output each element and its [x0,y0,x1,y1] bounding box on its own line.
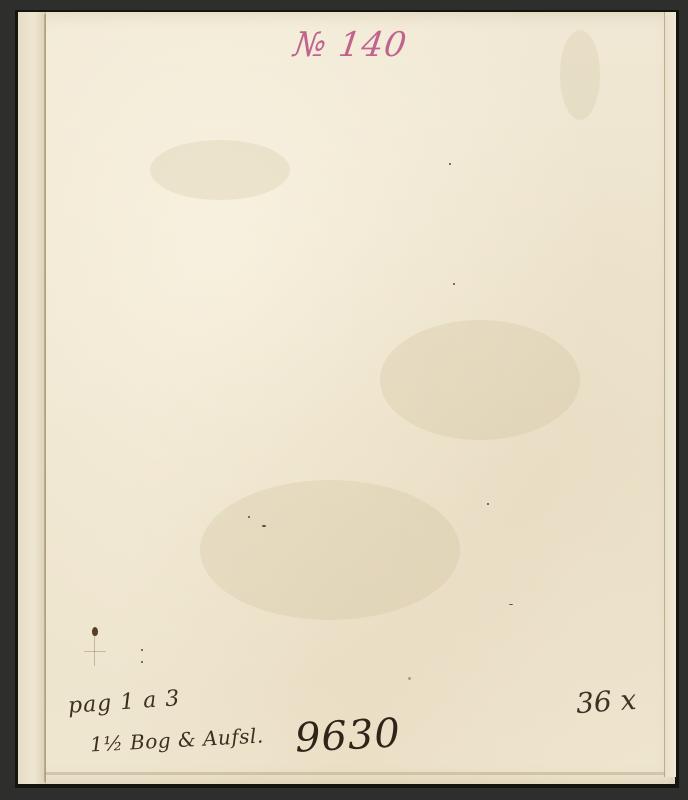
catalog-number-stamp: № 140 [292,28,410,62]
ink-speck [141,661,143,663]
ink-speck [449,163,451,165]
ink-speck [509,604,513,605]
document-page [18,12,675,784]
main-number-note: 9630 [294,713,402,758]
ink-speck [141,649,143,651]
bottom-page-edge [45,772,665,775]
ink-blot [92,627,98,636]
corner-mark-note: 36 x [575,686,637,718]
right-page-edge [664,12,676,777]
ink-speck [248,516,250,518]
ink-trail [84,651,106,652]
paper-stain [380,320,580,440]
ink-speck [453,283,455,285]
paper-stain [560,30,600,120]
binding-strip [18,12,46,784]
fold-line [44,14,46,782]
ink-speck [262,525,266,527]
ink-speck [408,677,411,680]
paper-stain [150,140,290,200]
paper-stain [200,480,460,620]
ink-speck [487,503,489,505]
